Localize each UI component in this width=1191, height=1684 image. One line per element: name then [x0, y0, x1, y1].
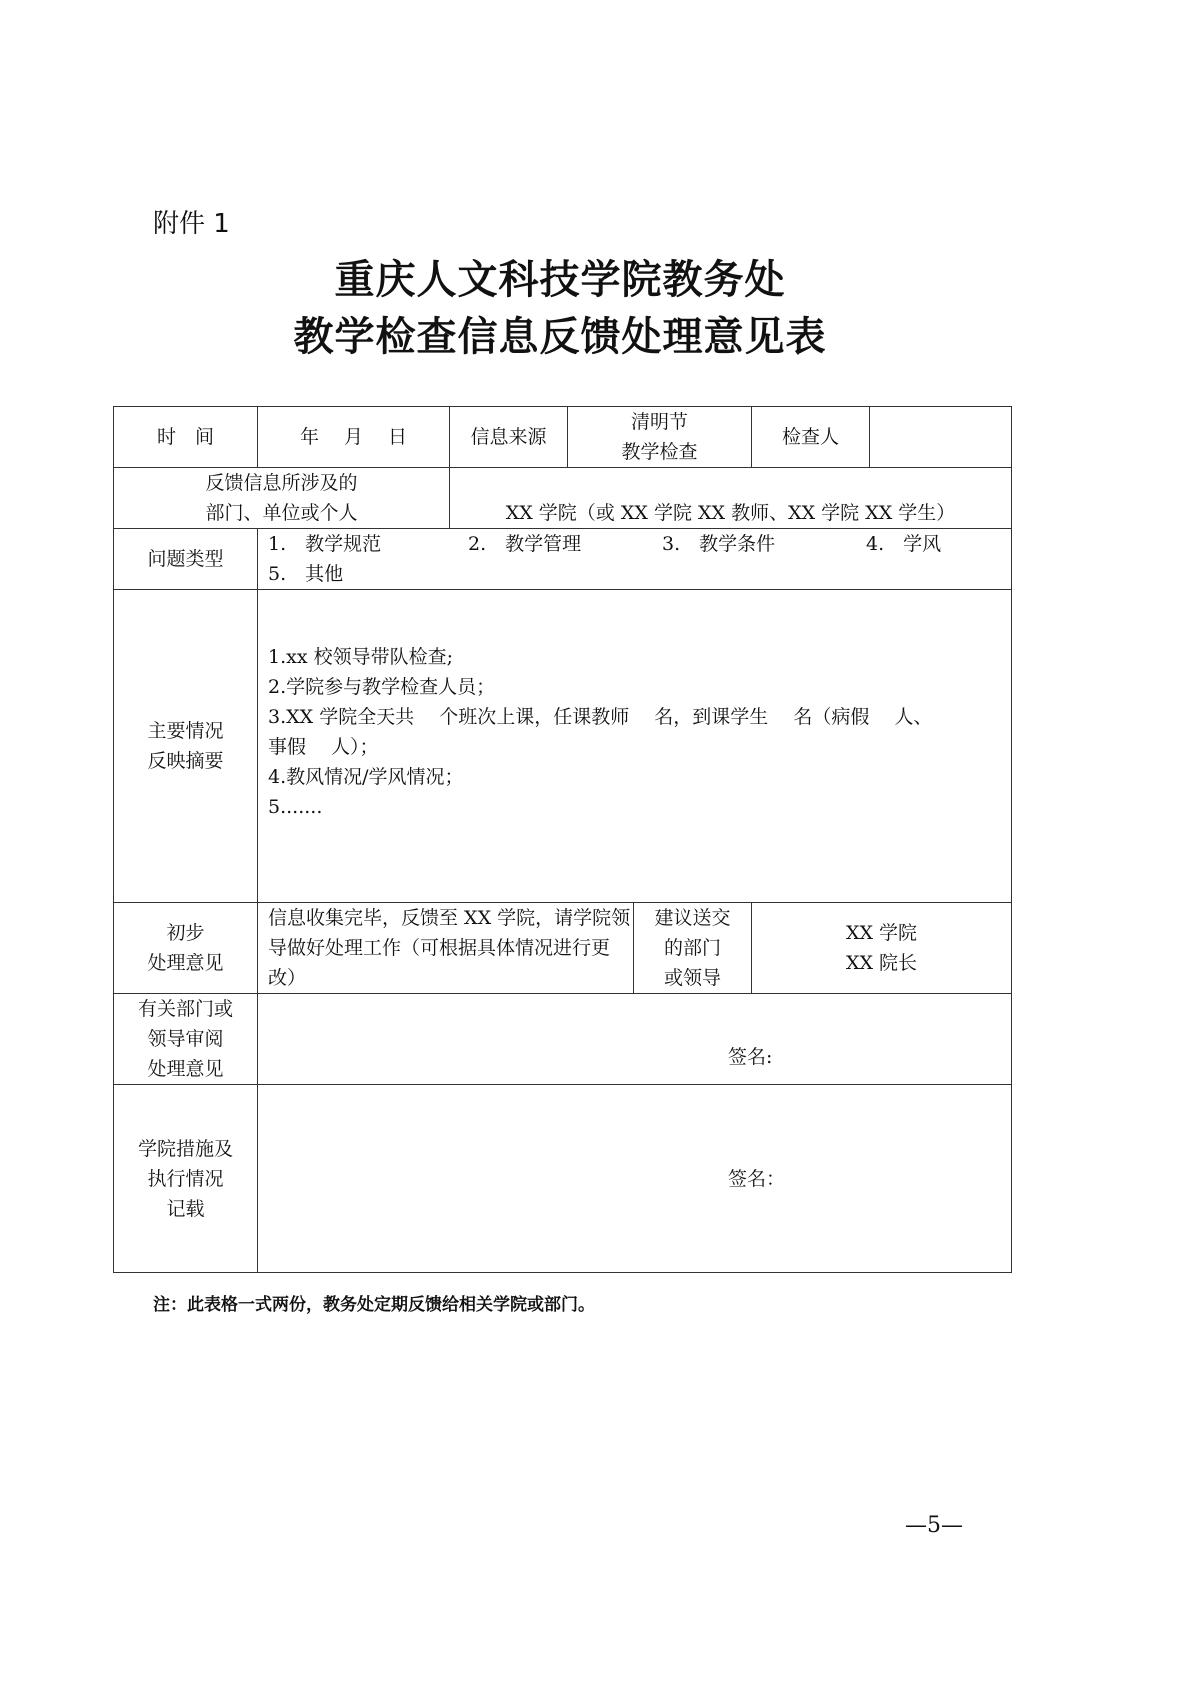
document-title-line1: 重庆人文科技学院教务处: [0, 248, 1120, 305]
source-value-line1: 清明节: [568, 407, 751, 437]
measures-label-line3: 记载: [114, 1194, 257, 1224]
row-review: 有关部门或 领导审阅 处理意见 签名:: [114, 994, 1012, 1085]
review-label-line2: 领导审阅: [114, 1024, 257, 1054]
summary-line-5: 4.教风情况/学风情况；: [268, 762, 1003, 792]
preliminary-label-line2: 处理意见: [114, 948, 257, 978]
problem-type-option-1[interactable]: 1. 教学规范: [268, 529, 468, 559]
page-number: —5—: [905, 1513, 963, 1538]
source-label: 信息来源: [470, 426, 546, 448]
measures-sign-label: 签名：: [258, 1168, 785, 1190]
inspector-label-cell: 检查人: [752, 407, 870, 468]
send-to-label-line3: 或领导: [634, 963, 751, 993]
summary-line-3: 3.XX 学院全天共 个班次上课，任课教师 名，到课学生 名（病假 人、: [268, 702, 1003, 732]
date-field[interactable]: 年 月 日: [258, 407, 450, 468]
time-label: 时 间: [157, 426, 214, 448]
row-preliminary: 初步 处理意见 信息收集完毕，反馈至 XX 学院，请学院领 导做好处理工作（可根…: [114, 903, 1012, 994]
problem-type-option-4[interactable]: 4. 学风: [866, 529, 941, 559]
involved-label-cell: 反馈信息所涉及的 部门、单位或个人: [114, 468, 450, 529]
review-label-cell: 有关部门或 领导审阅 处理意见: [114, 994, 258, 1085]
feedback-form-table: 时 间 年 月 日 信息来源 清明节 教学检查 检查人 反馈信息所涉及的 部门、…: [113, 406, 1012, 1273]
preliminary-label-cell: 初步 处理意见: [114, 903, 258, 994]
summary-line-2: 2.学院参与教学检查人员；: [268, 672, 1003, 702]
involved-field[interactable]: XX 学院（或 XX 学院 XX 教师、XX 学院 XX 学生）: [450, 468, 1012, 529]
send-to-field[interactable]: XX 学院 XX 院长: [752, 903, 1012, 994]
inspector-label: 检查人: [782, 426, 839, 448]
problem-type-label: 问题类型: [147, 548, 223, 570]
row-measures: 学院措施及 执行情况 记载 签名：: [114, 1085, 1012, 1273]
review-label-line1: 有关部门或: [114, 994, 257, 1024]
document-title-line2: 教学检查信息反馈处理意见表: [0, 305, 1120, 362]
review-label-line3: 处理意见: [114, 1054, 257, 1084]
involved-value: XX 学院（或 XX 学院 XX 教师、XX 学院 XX 学生）: [506, 502, 956, 524]
problem-type-options: 1. 教学规范 2. 教学管理 3. 教学条件 4. 学风 5. 其他: [258, 529, 1012, 590]
preliminary-opinion-line2: 导做好处理工作（可根据具体情况进行更: [268, 933, 633, 963]
problem-type-option-3[interactable]: 3. 教学条件: [662, 529, 866, 559]
time-label-cell: 时 间: [114, 407, 258, 468]
summary-line-4: 事假 人）；: [268, 732, 1003, 762]
send-to-label-line2: 的部门: [634, 933, 751, 963]
measures-label-line1: 学院措施及: [114, 1134, 257, 1164]
row-time: 时 间 年 月 日 信息来源 清明节 教学检查 检查人: [114, 407, 1012, 468]
preliminary-opinion-field[interactable]: 信息收集完毕，反馈至 XX 学院，请学院领 导做好处理工作（可根据具体情况进行更…: [258, 903, 634, 994]
summary-line-1: 1.xx 校领导带队检查;: [268, 642, 1003, 672]
row-problem-type: 问题类型 1. 教学规范 2. 教学管理 3. 教学条件 4. 学风 5. 其他: [114, 529, 1012, 590]
preliminary-label-line1: 初步: [114, 918, 257, 948]
measures-field[interactable]: 签名：: [258, 1085, 1012, 1273]
send-to-label-line1: 建议送交: [634, 903, 751, 933]
preliminary-opinion-line1: 信息收集完毕，反馈至 XX 学院，请学院领: [268, 903, 633, 933]
summary-label-cell: 主要情况 反映摘要: [114, 590, 258, 903]
row-summary: 主要情况 反映摘要 1.xx 校领导带队检查; 2.学院参与教学检查人员； 3.…: [114, 590, 1012, 903]
preliminary-opinion-line3: 改）: [268, 963, 633, 993]
review-sign-label: 签名:: [258, 1046, 772, 1068]
send-to-value-line2: XX 院长: [752, 948, 1011, 978]
problem-type-label-cell: 问题类型: [114, 529, 258, 590]
send-to-label-cell: 建议送交 的部门 或领导: [634, 903, 752, 994]
attachment-label: 附件 1: [153, 203, 230, 240]
inspector-field[interactable]: [870, 407, 1012, 468]
problem-type-option-5[interactable]: 5. 其他: [268, 563, 343, 585]
summary-field[interactable]: 1.xx 校领导带队检查; 2.学院参与教学检查人员； 3.XX 学院全天共 个…: [258, 590, 1012, 903]
row-involved: 反馈信息所涉及的 部门、单位或个人 XX 学院（或 XX 学院 XX 教师、XX…: [114, 468, 1012, 529]
source-field[interactable]: 清明节 教学检查: [568, 407, 752, 468]
send-to-value-line1: XX 学院: [752, 918, 1011, 948]
review-field[interactable]: 签名:: [258, 994, 1012, 1085]
footer-note: 注：此表格一式两份，教务处定期反馈给相关学院或部门。: [153, 1290, 595, 1315]
source-value-line2: 教学检查: [568, 437, 751, 467]
summary-label-line1: 主要情况: [114, 716, 257, 746]
involved-label-line1: 反馈信息所涉及的: [114, 468, 449, 498]
summary-line-6: 5.......: [268, 792, 1003, 822]
measures-label-cell: 学院措施及 执行情况 记载: [114, 1085, 258, 1273]
involved-label-line2: 部门、单位或个人: [114, 498, 449, 528]
date-value: 年 月 日: [300, 426, 407, 448]
problem-type-option-2[interactable]: 2. 教学管理: [468, 529, 662, 559]
measures-label-line2: 执行情况: [114, 1164, 257, 1194]
summary-label-line2: 反映摘要: [114, 746, 257, 776]
source-label-cell: 信息来源: [450, 407, 568, 468]
